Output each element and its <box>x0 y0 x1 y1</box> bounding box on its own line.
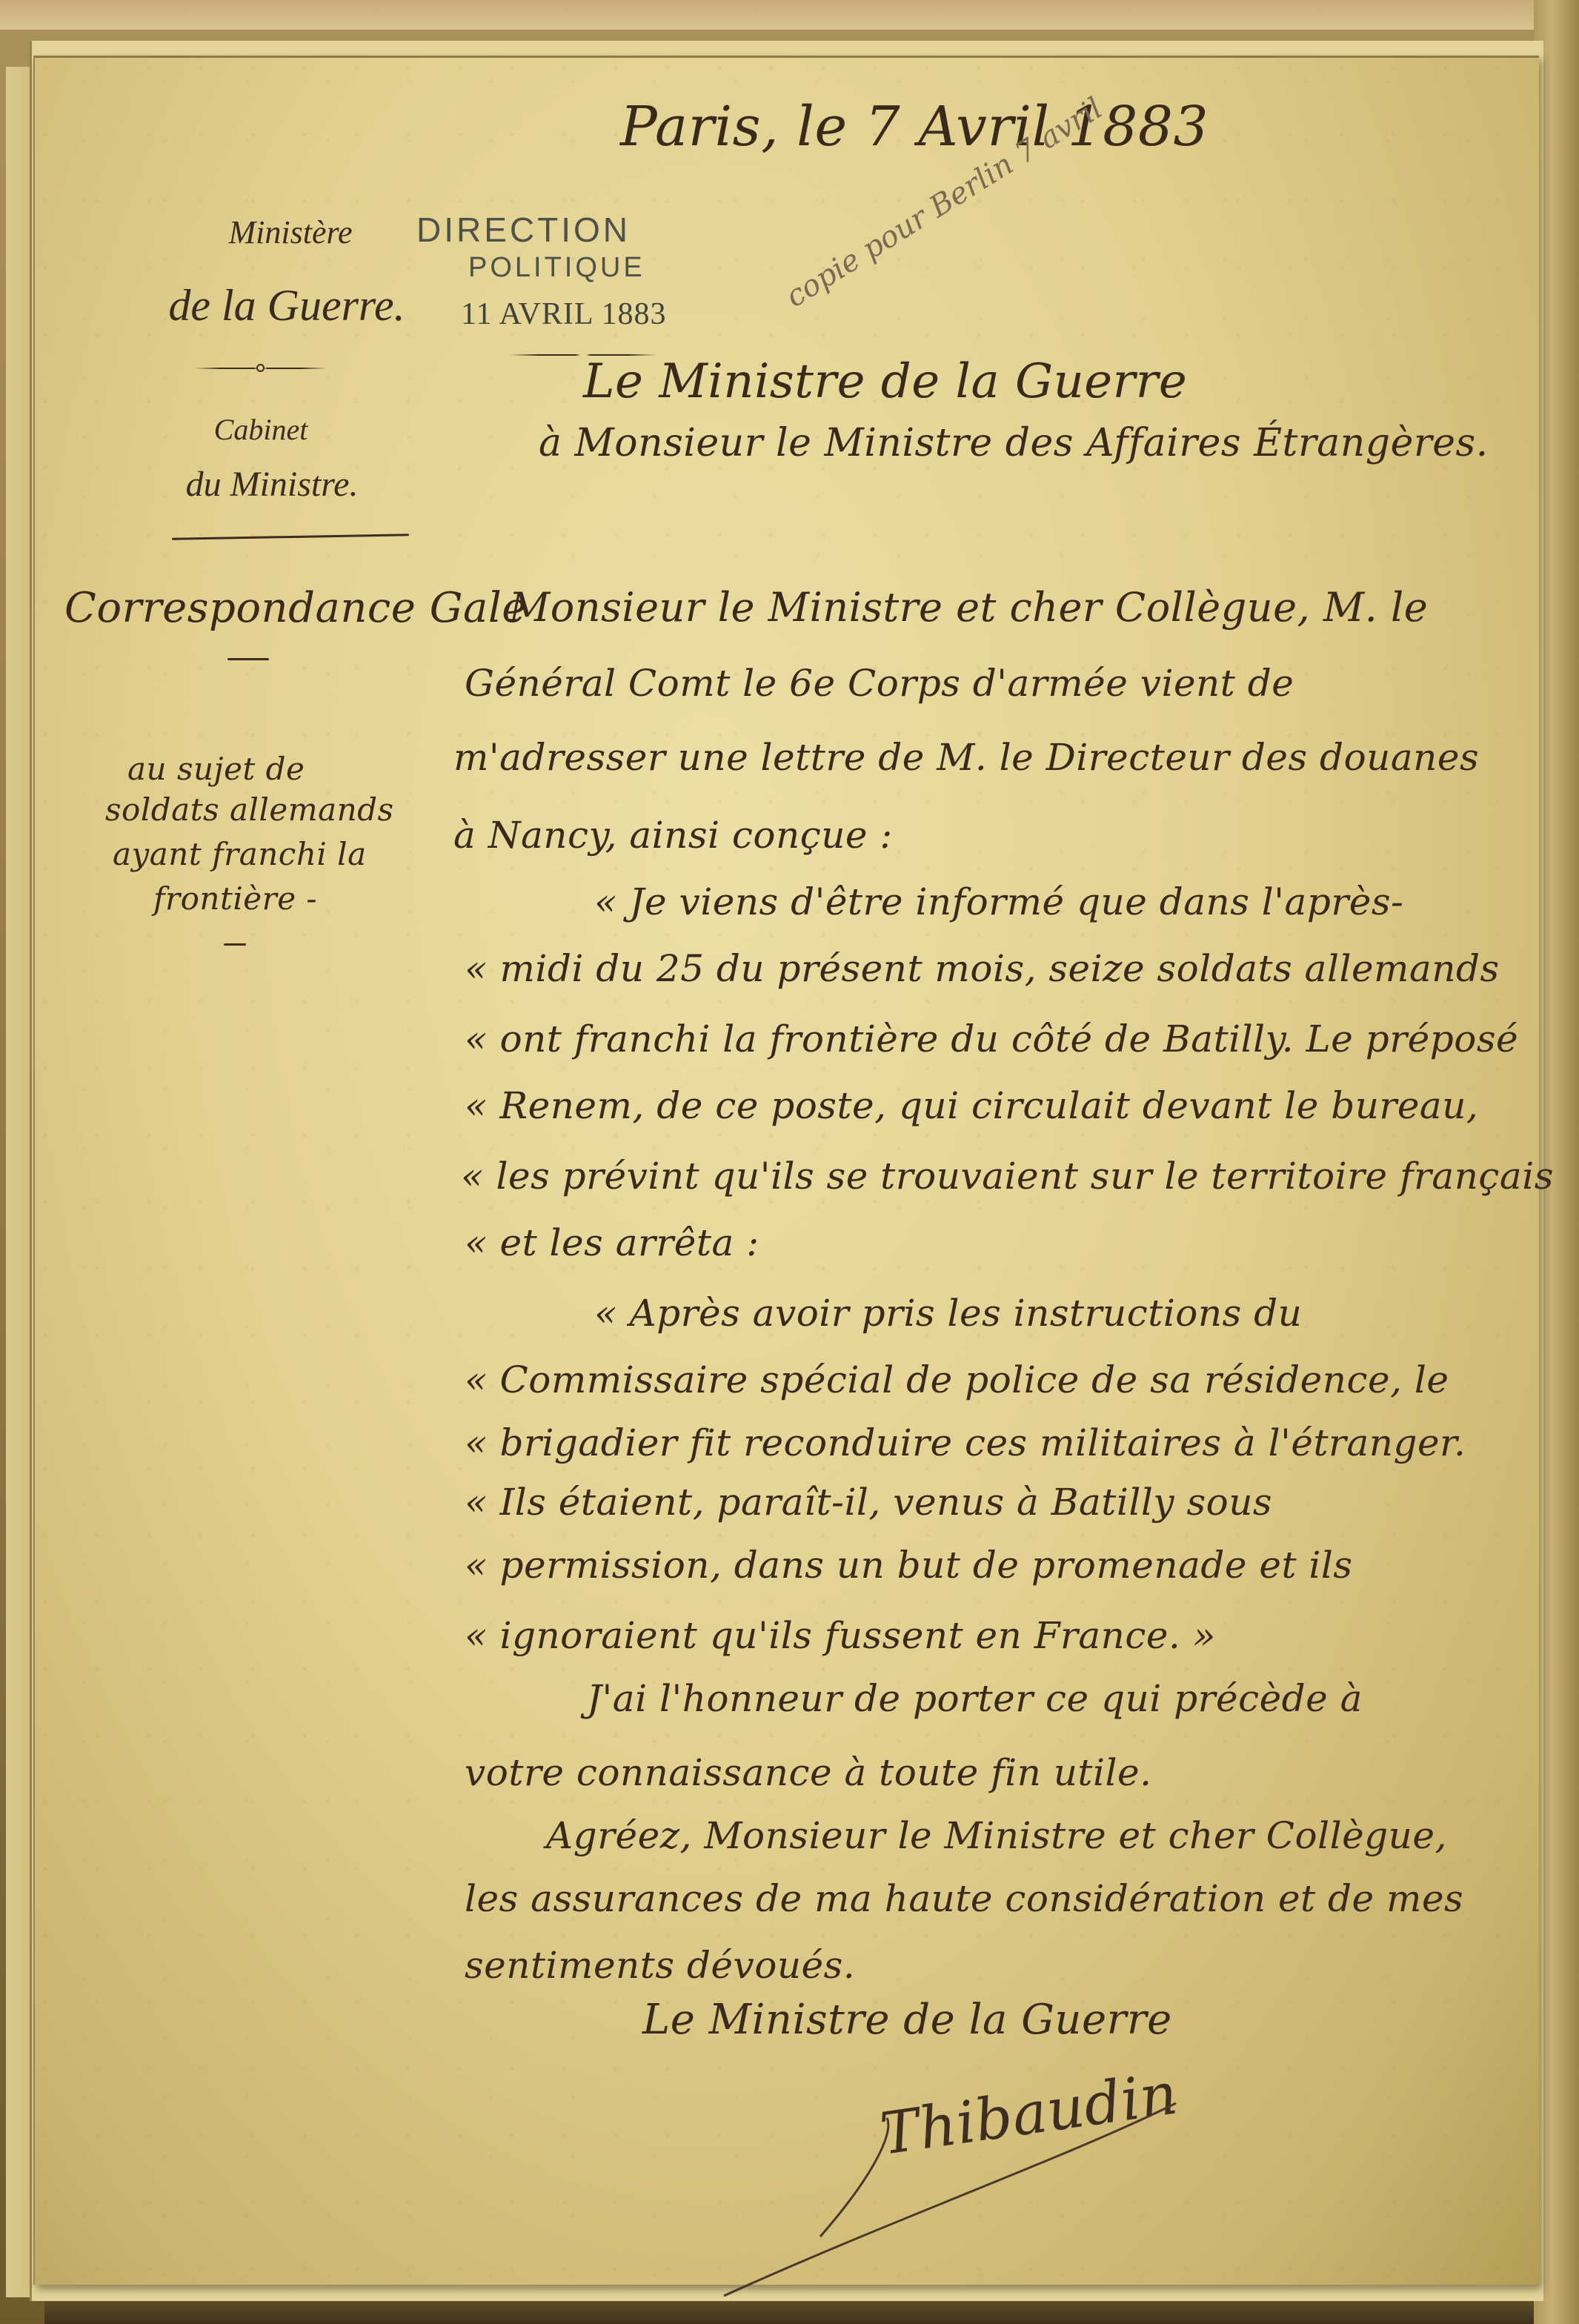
margin-dash-2 <box>224 943 246 946</box>
margin-subject-line: au sujet de <box>127 751 305 787</box>
letterhead-du-ministre: du Ministre. <box>146 464 398 505</box>
sender-line: Le Ministre de la Guerre <box>583 354 1187 409</box>
margin-subject-line: frontière - <box>153 880 317 917</box>
body-line: Monsieur le Ministre et cher Collègue, M… <box>509 584 1428 631</box>
margin-subject-line: soldats allemands <box>105 791 394 828</box>
signature-flourish <box>702 2074 1294 2311</box>
body-line: sentiments dévoués. <box>465 1944 855 1987</box>
letterhead-divider <box>172 534 409 540</box>
body-line: « Ils étaient, paraît-il, venus à Batill… <box>465 1481 1272 1524</box>
body-line: « Je viens d'être informé que dans l'apr… <box>594 880 1403 923</box>
body-line: « permission, dans un but de promenade e… <box>465 1544 1353 1587</box>
letterhead-cabinet: Cabinet <box>194 412 328 447</box>
place-date: Paris, le 7 Avril 1883 <box>620 95 1209 159</box>
body-line: « et les arrêta : <box>465 1221 759 1264</box>
margin-subject-line: ayant franchi la <box>113 836 367 872</box>
letterhead-ornament-dot <box>256 364 265 372</box>
closing-title: Le Ministre de la Guerre <box>642 1996 1172 2044</box>
body-line: « brigadier fit reconduire ces militaire… <box>465 1421 1466 1464</box>
body-line: « Commissaire spécial de police de sa ré… <box>465 1358 1449 1401</box>
body-line: votre connaissance à toute fin utile. <box>465 1751 1151 1794</box>
stamp-politique: POLITIQUE <box>468 252 645 284</box>
body-line: Agréez, Monsieur le Ministre et cher Col… <box>546 1814 1447 1857</box>
stamp-direction: DIRECTION <box>416 210 631 250</box>
body-line: les assurances de ma haute considération… <box>465 1877 1463 1920</box>
body-line: m'adresser une lettre de M. le Directeur… <box>453 736 1479 779</box>
letter-page: Paris, le 7 Avril 1883 copie pour Berlin… <box>33 56 1539 2285</box>
margin-category: Correspondance Gale <box>64 584 527 632</box>
body-line: à Nancy, ainsi conçue : <box>453 814 893 857</box>
margin-dash-1 <box>227 658 269 660</box>
body-line: Général Comt le 6e Corps d'armée vient d… <box>465 662 1294 705</box>
letterhead-de-la-guerre: de la Guerre. <box>131 280 442 331</box>
body-line: « les prévint qu'ils se trouvaient sur l… <box>461 1155 1554 1198</box>
body-line: « Renem, de ce poste, qui circulait deva… <box>465 1084 1478 1127</box>
body-line: « ignoraient qu'ils fussent en France. » <box>465 1614 1216 1657</box>
body-line: « midi du 25 du présent mois, seize sold… <box>465 947 1500 990</box>
body-line: J'ai l'honneur de porter ce qui précède … <box>587 1677 1363 1720</box>
recipient-line: à Monsieur le Ministre des Affaires Étra… <box>539 421 1489 465</box>
letterhead-ministere: Ministère <box>179 213 402 251</box>
folder-top-edge <box>0 0 1579 30</box>
stamp-date: 11 AVRIL 1883 <box>461 296 666 332</box>
body-line: « ont franchi la frontière du côté de Ba… <box>465 1017 1518 1060</box>
body-line: « Après avoir pris les instructions du <box>594 1292 1302 1335</box>
